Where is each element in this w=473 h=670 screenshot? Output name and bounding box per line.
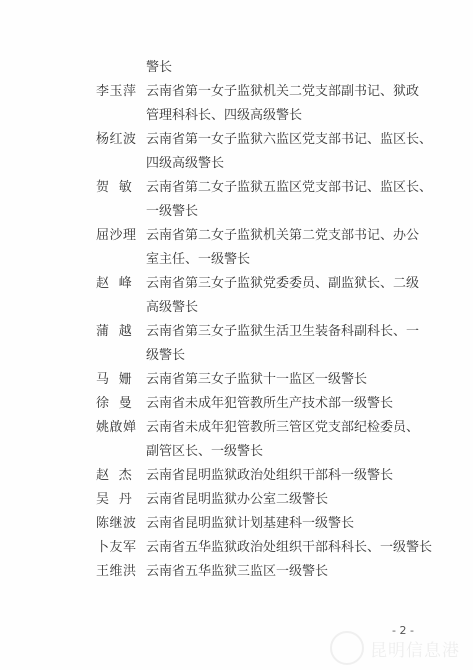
list-item: 蒲 越 云南省第三女子监狱生活卫生装备科副科长、一 级警长 [96,320,436,368]
title-line: 云南省第三女子监狱生活卫生装备科副科长、一 [146,320,436,344]
title-line: 云南省未成年犯管教所三管区党支部纪检委员、 [146,416,436,440]
list-item: 赵 峰 云南省第三女子监狱党委委员、副监狱长、二级 高级警长 [96,272,436,320]
watermark-logo-icon [330,631,364,665]
person-title: 云南省第一女子监狱六监区党支部书记、监区长、 四级高级警长 [146,128,436,176]
list-item: 王维洪 云南省五华监狱三监区一级警长 [96,560,436,584]
title-line: 云南省第三女子监狱党委委员、副监狱长、二级 [146,272,436,296]
person-name: 卜友军 [96,536,146,560]
title-line: 管理科科长、四级高级警长 [146,104,436,128]
list-item: 贺 敏 云南省第二女子监狱五监区党支部书记、监区长、 一级警长 [96,176,436,224]
person-name: 马 姗 [96,368,146,392]
person-name: 李玉萍 [96,80,146,104]
continuation-line: 警长 [96,56,436,80]
title-line: 云南省昆明监狱政治处组织干部科一级警长 [146,464,436,488]
list-item: 赵 杰 云南省昆明监狱政治处组织干部科一级警长 [96,464,436,488]
person-title: 云南省第一女子监狱机关二党支部副书记、狱政 管理科科长、四级高级警长 [146,80,436,128]
person-name: 吴 丹 [96,488,146,512]
title-line: 云南省五华监狱三监区一级警长 [146,560,436,584]
person-name: 蒲 越 [96,320,146,344]
list-item: 李玉萍 云南省第一女子监狱机关二党支部副书记、狱政 管理科科长、四级高级警长 [96,80,436,128]
list-item: 马 姗 云南省第三女子监狱十一监区一级警长 [96,368,436,392]
person-title: 云南省未成年犯管教所生产技术部一级警长 [146,392,436,416]
person-name: 王维洪 [96,560,146,584]
title-line: 云南省昆明监狱计划基建科一级警长 [146,512,436,536]
title-line: 级警长 [146,344,436,368]
title-line: 云南省第一女子监狱机关二党支部副书记、狱政 [146,80,436,104]
title-line: 云南省第一女子监狱六监区党支部书记、监区长、 [146,128,436,152]
person-name: 陈继波 [96,512,146,536]
list-item: 陈继波 云南省昆明监狱计划基建科一级警长 [96,512,436,536]
person-name: 徐 曼 [96,392,146,416]
list-item: 卜友军 云南省五华监狱政治处组织干部科科长、一级警长 [96,536,436,560]
title-line: 云南省第二女子监狱机关第二党支部书记、办公 [146,224,436,248]
person-title: 云南省昆明监狱政治处组织干部科一级警长 [146,464,436,488]
person-title: 云南省五华监狱三监区一级警长 [146,560,436,584]
title-line: 高级警长 [146,296,436,320]
person-title: 云南省未成年犯管教所三管区党支部纪检委员、 副管区长、一级警长 [146,416,436,464]
person-name: 屈沙理 [96,224,146,248]
title-line: 室主任、一级警长 [146,248,436,272]
personnel-list: 警长 李玉萍 云南省第一女子监狱机关二党支部副书记、狱政 管理科科长、四级高级警… [96,56,436,584]
person-name: 杨红波 [96,128,146,152]
watermark-text: 昆明信息港 [370,636,460,661]
person-title: 云南省第三女子监狱生活卫生装备科副科长、一 级警长 [146,320,436,368]
person-title: 云南省第二女子监狱五监区党支部书记、监区长、 一级警长 [146,176,436,224]
title-line: 云南省第二女子监狱五监区党支部书记、监区长、 [146,176,436,200]
person-title: 云南省第三女子监狱十一监区一级警长 [146,368,436,392]
title-line: 云南省五华监狱政治处组织干部科科长、一级警长 [146,536,436,560]
list-item: 杨红波 云南省第一女子监狱六监区党支部书记、监区长、 四级高级警长 [96,128,436,176]
person-name: 贺 敏 [96,176,146,200]
person-title: 云南省第三女子监狱党委委员、副监狱长、二级 高级警长 [146,272,436,320]
person-title: 云南省第二女子监狱机关第二党支部书记、办公 室主任、一级警长 [146,224,436,272]
list-item: 屈沙理 云南省第二女子监狱机关第二党支部书记、办公 室主任、一级警长 [96,224,436,272]
list-item: 姚啟婵 云南省未成年犯管教所三管区党支部纪检委员、 副管区长、一级警长 [96,416,436,464]
person-title: 云南省五华监狱政治处组织干部科科长、一级警长 [146,536,436,560]
title-line: 云南省第三女子监狱十一监区一级警长 [146,368,436,392]
list-item: 吴 丹 云南省昆明监狱办公室二级警长 [96,488,436,512]
watermark: 昆明信息港 [330,630,470,666]
title-line: 云南省未成年犯管教所生产技术部一级警长 [146,392,436,416]
person-name: 赵 峰 [96,272,146,296]
title-line: 云南省昆明监狱办公室二级警长 [146,488,436,512]
list-item: 徐 曼 云南省未成年犯管教所生产技术部一级警长 [96,392,436,416]
person-title: 云南省昆明监狱计划基建科一级警长 [146,512,436,536]
title-line: 一级警长 [146,200,436,224]
document-page: 警长 李玉萍 云南省第一女子监狱机关二党支部副书记、狱政 管理科科长、四级高级警… [0,0,473,670]
person-name: 姚啟婵 [96,416,146,440]
person-title: 云南省昆明监狱办公室二级警长 [146,488,436,512]
person-name: 赵 杰 [96,464,146,488]
title-line: 四级高级警长 [146,152,436,176]
title-line: 副管区长、一级警长 [146,440,436,464]
